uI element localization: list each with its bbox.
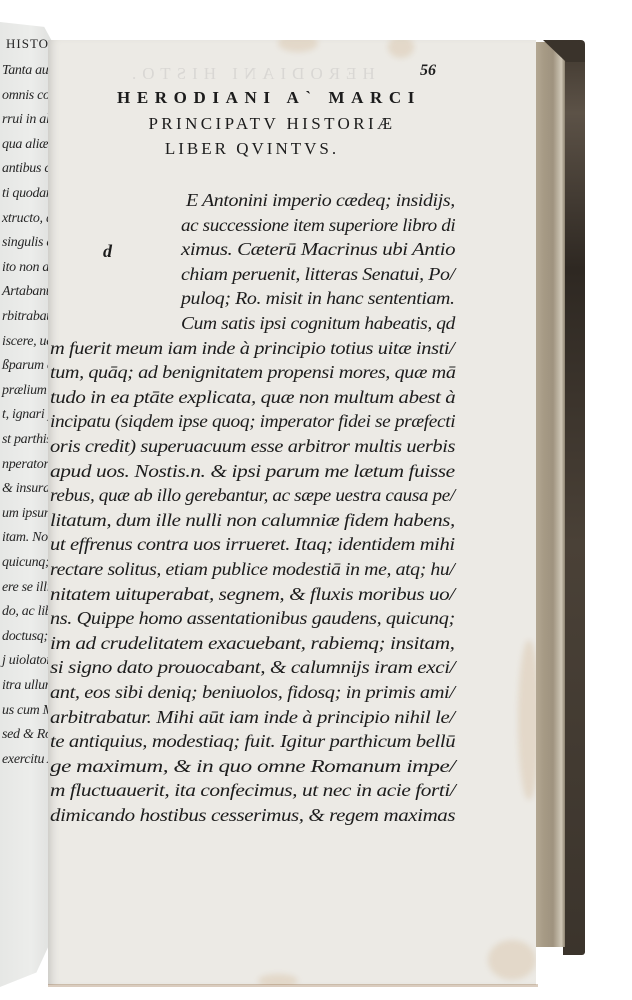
- left-text-fragment: antibus cursa: [2, 161, 52, 177]
- left-text-fragment: j uiolatoren: [2, 653, 52, 669]
- text-line: incipatu (siqdem ipse quoq; imperator fi…: [50, 411, 455, 432]
- left-text-fragment: iscere, uelutis: [2, 334, 52, 350]
- left-text-fragment: omnis complex: [2, 88, 52, 104]
- text-line: dimicando hostibus cesserimus, & regem m…: [50, 805, 455, 826]
- text-line: ac successione item superiore libro di: [181, 215, 455, 236]
- left-text-fragment: t, ignari per: [2, 407, 52, 423]
- title-line-3: LIBER QVINTVS.: [102, 139, 402, 159]
- book-photograph: HISTO. Tanta aut umomnis complexrrui in …: [0, 0, 632, 1000]
- cover-board: [563, 40, 585, 955]
- text-line: E Antonini imperio cædeq; insidijs,: [186, 190, 455, 211]
- left-running-head: HISTO.: [6, 36, 52, 52]
- text-line: puloq; Ro. misit in hanc sententiam.: [181, 288, 455, 309]
- text-line: oris credit) superuacuum esse arbitror m…: [50, 436, 455, 457]
- text-line: tudo in ea ptāte explicata, quæ non mult…: [50, 387, 455, 408]
- text-line: litatum, dum ille nulli non calumniæ fid…: [50, 510, 455, 531]
- left-text-fragment: itra ullum co: [2, 678, 52, 694]
- show-through-text: HERODIANI HISTO.: [126, 64, 375, 84]
- left-text-fragment: rrui in altum a: [2, 112, 52, 128]
- marginal-letter: d: [103, 241, 112, 262]
- left-text-fragment: Tanta aut um: [2, 63, 52, 79]
- left-text-fragment: qua aliæ super: [2, 137, 52, 153]
- left-text-fragment: st parthis le: [2, 432, 52, 448]
- text-line: ge maximum, & in quo omne Romanum impe/: [50, 756, 455, 777]
- left-page-fragment: HISTO. Tanta aut umomnis complexrrui in …: [0, 22, 52, 987]
- page-bottom-edge: [48, 984, 538, 987]
- left-text-fragment: itam. Non: [2, 530, 52, 546]
- fore-edge: [535, 42, 565, 947]
- text-line: ant, eos sibi deniq; beniuolos, fidosq; …: [50, 682, 455, 703]
- left-text-fragment: xtructo, quo f: [2, 211, 52, 227]
- text-line: rebus, quæ ab illo gerebantur, ac sæpe u…: [50, 485, 455, 506]
- text-line: ximus. Cæterū Macrinus ubi Antio: [181, 239, 455, 260]
- left-text-fragment: exercitu Anto: [2, 752, 52, 768]
- text-line: te antiquius, modestiaq; fuit. Igitur pa…: [50, 731, 455, 752]
- left-text-fragment: & insuran: [2, 481, 52, 497]
- text-line: nitatem uituperabat, segnem, & fluxis mo…: [50, 584, 455, 605]
- title-line-2: PRINCIPATV HISTORIÆ: [82, 114, 462, 134]
- text-line: im ad crudelitatem exacuebant, rabiemq; …: [50, 633, 455, 654]
- left-text-fragment: um ipsum: [2, 506, 52, 522]
- left-text-fragment: sed & Roman: [2, 727, 52, 743]
- left-text-fragment: us cum Macri: [2, 703, 52, 719]
- text-line: tum, quāq; ad benignitatem propensi more…: [50, 362, 456, 383]
- left-text-fragment: ßparum ex: [2, 358, 52, 374]
- text-line: apud uos. Nostis.n. & ipsi parum me lætu…: [50, 461, 455, 482]
- left-text-fragment: nperatorem: [2, 457, 52, 473]
- text-line: ns. Quippe homo assentationibus gaudens,…: [50, 608, 455, 629]
- text-line: si signo dato prouocabant, & calumnijs i…: [50, 657, 455, 678]
- left-text-fragment: Artabanum: [2, 284, 52, 300]
- text-line: arbitrabatur. Mihi aūt iam inde à princi…: [50, 707, 455, 728]
- left-text-fragment: ere se illi ex: [2, 580, 52, 596]
- text-line: ut effrenus contra uos irrueret. Itaq; i…: [50, 534, 455, 555]
- left-text-fragment: prælium inc: [2, 383, 52, 399]
- page-number: 56: [420, 62, 436, 80]
- left-text-fragment: quicunq;: [2, 555, 49, 571]
- text-line: rectare solitus, etiam publice modestiā …: [50, 559, 455, 580]
- right-page: HERODIANI HISTO. 56 HERODIANI A` MARCI P…: [48, 40, 536, 985]
- left-text-fragment: doctusq; à le: [2, 629, 52, 645]
- text-line: m fuerit meum iam inde à principio totiu…: [50, 338, 454, 359]
- left-text-fragment: ito non alia ec: [2, 260, 52, 276]
- text-line: chiam peruenit, litteras Senatui, Po/: [181, 264, 455, 285]
- text-line: Cum satis ipsi cognitum habeatis, qd: [181, 313, 455, 334]
- title-line-1: HERODIANI A` MARCI: [64, 88, 474, 108]
- text-line: m fluctuauerit, ita confecimus, ut nec i…: [50, 780, 455, 801]
- left-text-fragment: singulis e in s: [2, 235, 52, 251]
- left-text-fragment: do, ac liban: [2, 604, 52, 620]
- left-text-fragment: rbitrabatur: [2, 309, 52, 325]
- left-text-fragment: ti quodam, ac: [2, 186, 52, 202]
